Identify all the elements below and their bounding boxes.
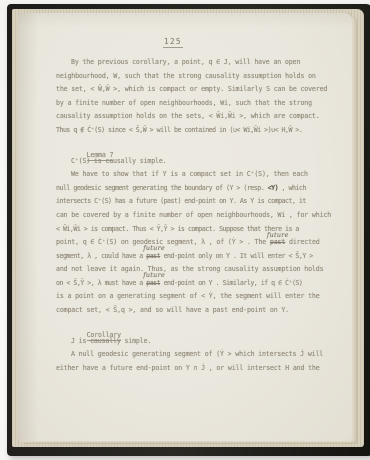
typescript-line: Thus q ∉ Ċ⁺(S) since < S̄,W̄ > will be c… bbox=[56, 126, 348, 140]
typescript-line: by a finite number of open neighbourhood… bbox=[56, 99, 348, 113]
typescript-line: neighbourhood, W, such that the strong c… bbox=[56, 72, 348, 86]
typescript-line: compact set, < S̄,q >, and so will have … bbox=[56, 306, 348, 320]
handwritten-correction: future bbox=[267, 231, 289, 239]
handwritten-correction: future bbox=[143, 244, 165, 252]
typescript-line: intersects C⁺(S) has a future (past) end… bbox=[56, 197, 348, 211]
lemma-statement: C⁺(S) is causally simple. bbox=[56, 157, 348, 171]
typescript-line: and not leave it again. Thus, as the str… bbox=[56, 265, 348, 279]
photo-background: 125 By the previous corollary, a point, … bbox=[0, 0, 370, 460]
corrected-word: futurepast bbox=[146, 252, 160, 260]
typescript-text-block: By the previous corollary, a point, q ∈ … bbox=[56, 58, 348, 378]
typescript-line: on < S̄,Ȳ >, λ must have a futurepast en… bbox=[56, 279, 348, 293]
corollary-statement: J is causally simple. bbox=[56, 337, 348, 351]
struck-word: past bbox=[146, 252, 160, 260]
typescript-line: point, q ∈ Ċ⁺(S) on geodesic segment, λ … bbox=[56, 238, 348, 252]
manuscript-page: 125 By the previous corollary, a point, … bbox=[18, 13, 352, 441]
lemma-heading: Lemma 7 bbox=[56, 143, 348, 157]
corrected-word: futurepast bbox=[146, 279, 160, 287]
inked-correction: <Y) bbox=[268, 184, 278, 192]
typescript-line: A null geodesic generating segment of (Ẏ… bbox=[56, 350, 348, 364]
typescript-line: < W̄i,W̄i > is compact. Thus < Ȳ,Ȳ > is … bbox=[56, 225, 348, 239]
typescript-line: either have a future end-point on Y ∩ J̇… bbox=[56, 364, 348, 378]
typescript-line: segment, λ , could have a futurepast end… bbox=[56, 252, 348, 266]
typescript-line: By the previous corollary, a point, q ∈ … bbox=[56, 58, 348, 72]
typescript-line: the set, < W̄,W̄ >, which is compact or … bbox=[56, 85, 348, 99]
page-number: 125 bbox=[148, 37, 198, 46]
typescript-line: can be covered by a finite number of ope… bbox=[56, 211, 348, 225]
typescript-line: null geodesic segment generating the bou… bbox=[56, 184, 348, 198]
typescript-line: We have to show that if Y is a compact s… bbox=[56, 170, 348, 184]
handwritten-correction: future bbox=[143, 271, 165, 279]
corollary-heading: Corollary bbox=[56, 323, 348, 337]
typescript-line: is a point on a generating segment of < … bbox=[56, 292, 348, 306]
struck-word: past bbox=[146, 279, 160, 287]
struck-word: past bbox=[270, 238, 285, 246]
gutter-shadow bbox=[18, 13, 38, 441]
corrected-word: futurepast bbox=[270, 238, 285, 246]
typescript-line: causality assumption holds on the sets, … bbox=[56, 112, 348, 126]
page-top-shade bbox=[18, 13, 352, 27]
